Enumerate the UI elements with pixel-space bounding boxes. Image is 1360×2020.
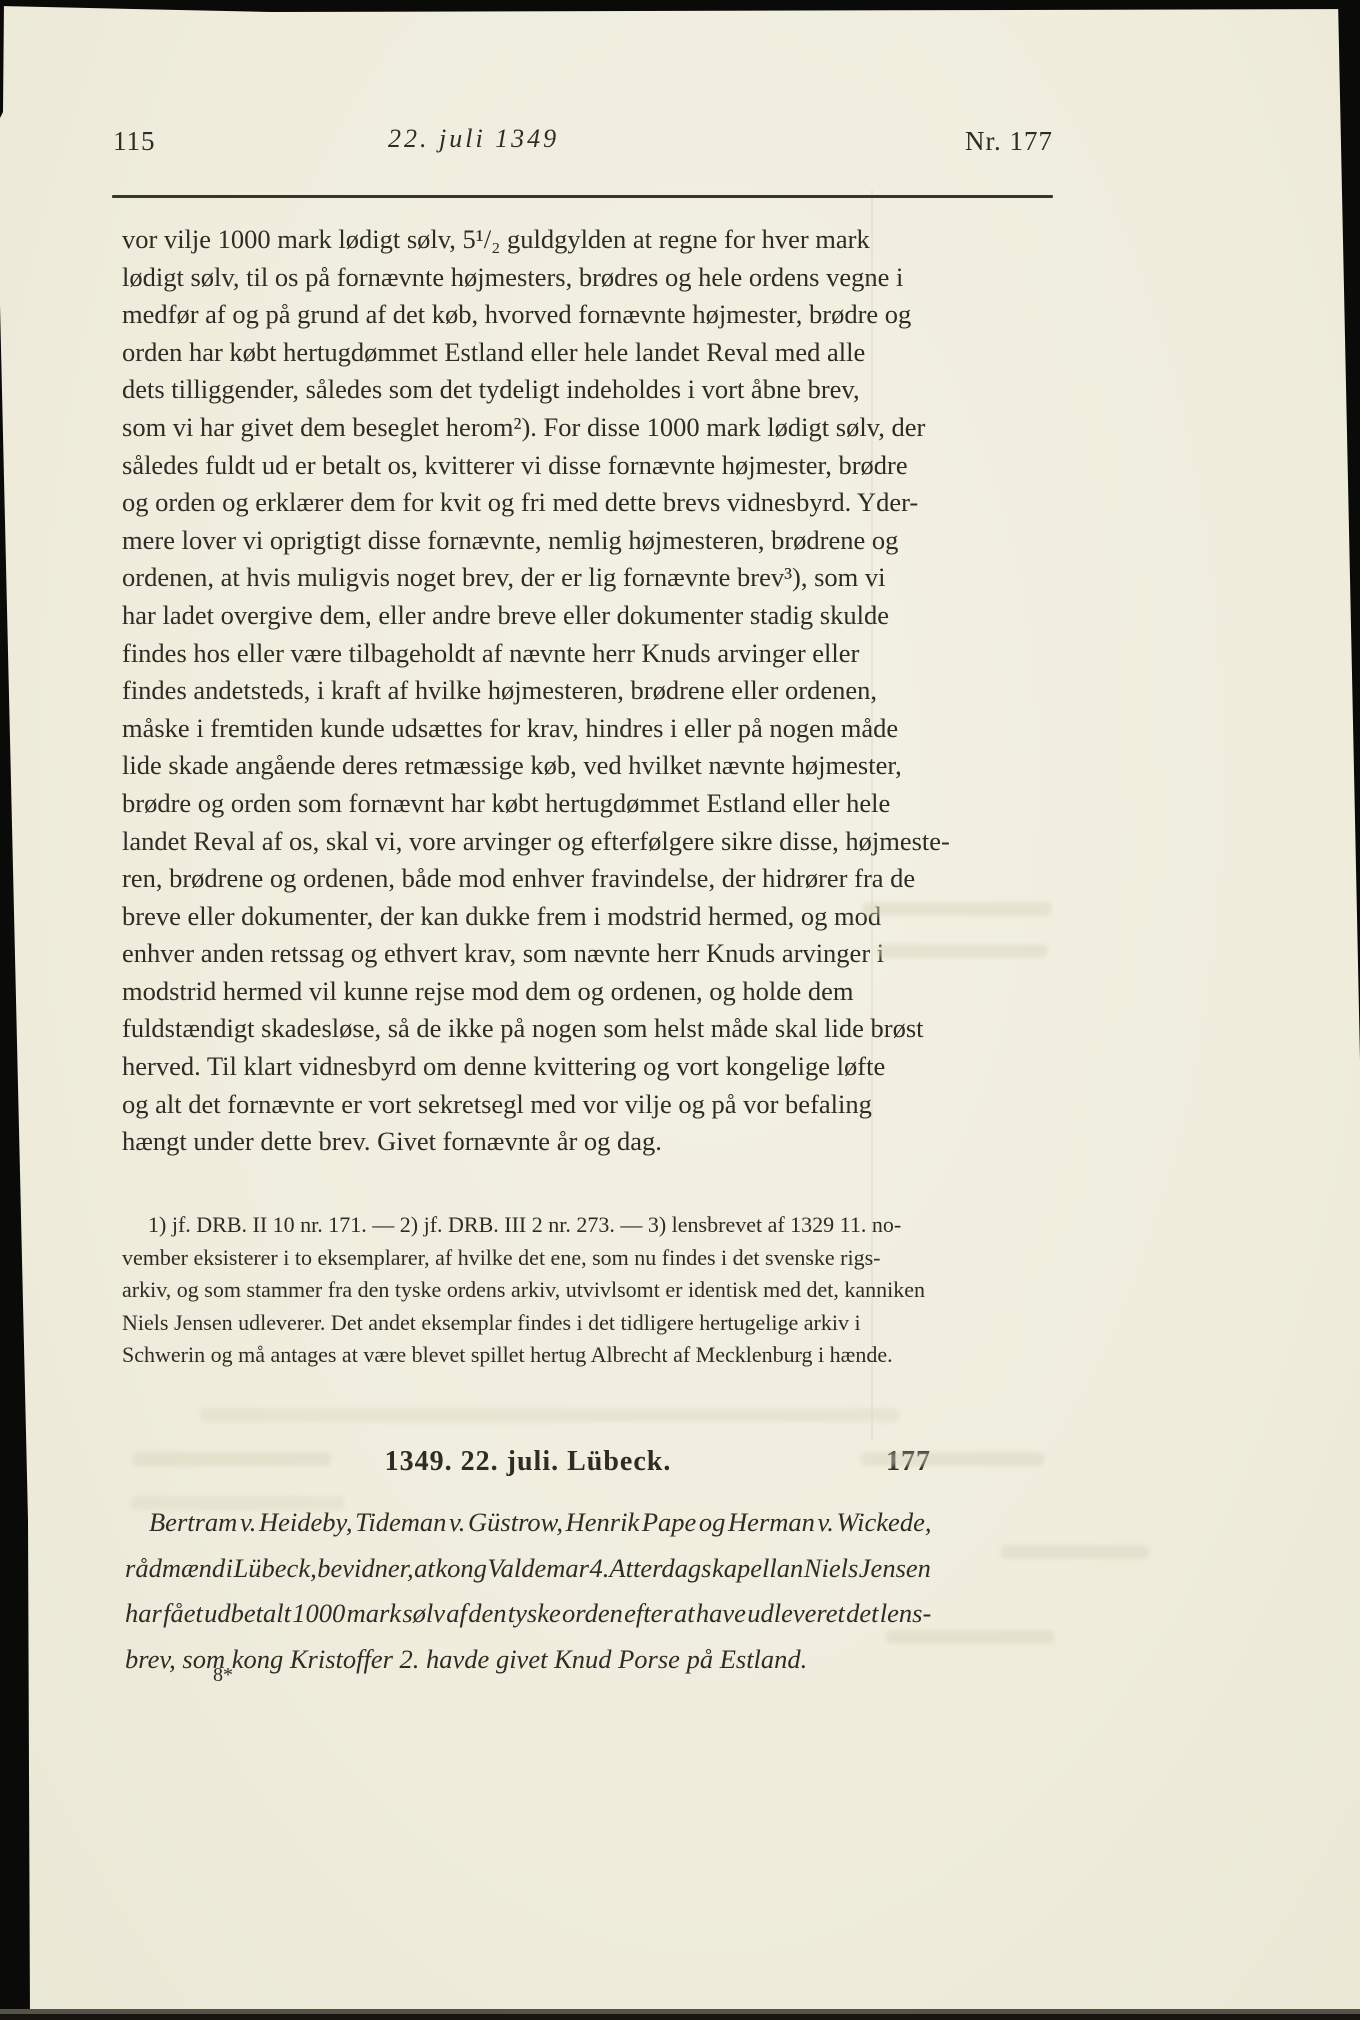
show-through-artifact xyxy=(862,902,1052,916)
text-line: brødre og orden som fornævnt har købt he… xyxy=(122,785,1055,823)
summary-line: rådmænd i Lübeck, bevidner, at kong Vald… xyxy=(125,1546,931,1592)
text-line: landet Reval af os, skal vi, vore arving… xyxy=(122,823,1055,861)
text-line: måske i fremtiden kunde udsættes for kra… xyxy=(122,710,1055,748)
summary-line: brev, som kong Kristoffer 2. havde givet… xyxy=(125,1637,931,1683)
head-rule xyxy=(112,195,1053,198)
text-line: dets tilliggender, således som det tydel… xyxy=(122,371,1055,409)
text-line: som vi har givet dem beseglet herom²). F… xyxy=(122,409,1055,447)
footnote-line: Niels Jensen udleverer. Det andet eksemp… xyxy=(122,1307,932,1340)
document-summary: Bertram v. Heideby, Tideman v. Güstrow, … xyxy=(125,1500,931,1682)
footnote-line: Schwerin og må antages at være blevet sp… xyxy=(122,1339,932,1372)
show-through-artifact xyxy=(132,1452,332,1466)
text-line: mere lover vi oprigtigt disse fornævnte,… xyxy=(122,522,1055,560)
footnote-line: 1) jf. DRB. II 10 nr. 171. — 2) jf. DRB.… xyxy=(122,1209,932,1242)
text-line: medfør af og på grund af det køb, hvorve… xyxy=(122,296,1055,334)
scanned-book-page: 115 22. juli 1349 Nr. 177 vor vilje 1000… xyxy=(0,0,1360,2020)
text-line: orden har købt hertugdømmet Estland elle… xyxy=(122,334,1055,372)
running-head-number: Nr. 177 xyxy=(860,126,1053,157)
text-line: lødigt sølv, til os på fornævnte højmest… xyxy=(122,259,1055,297)
show-through-artifact xyxy=(1000,1545,1150,1559)
text-line: har ladet overgive dem, eller andre brev… xyxy=(122,597,1055,635)
show-through-artifact xyxy=(876,944,1048,958)
text-line: modstrid hermed vil kunne rejse mod dem … xyxy=(122,973,1055,1011)
footnote-line: vember eksisterer i to eksemplarer, af h… xyxy=(122,1242,932,1275)
text-line: ren, brødrene og ordenen, både mod enhve… xyxy=(122,860,1055,898)
show-through-artifact xyxy=(860,1452,1045,1466)
text-line: findes andetsteds, i kraft af hvilke høj… xyxy=(122,672,1055,710)
show-through-artifact xyxy=(885,1630,1055,1644)
page-number: 115 xyxy=(113,126,156,157)
text-line: lide skade angående deres retmæssige køb… xyxy=(122,747,1055,785)
footnote-block: 1) jf. DRB. II 10 nr. 171. — 2) jf. DRB.… xyxy=(122,1209,932,1372)
fold-line xyxy=(871,190,873,1440)
text-line: vor vilje 1000 mark lødigt sølv, 5¹/₂ gu… xyxy=(122,221,1055,259)
text-line: således fuldt ud er betalt os, kvitterer… xyxy=(122,447,1055,485)
text-line: ordenen, at hvis muligvis noget brev, de… xyxy=(122,559,1055,597)
document-text: vor vilje 1000 mark lødigt sølv, 5¹/₂ gu… xyxy=(122,221,1055,1161)
show-through-artifact xyxy=(200,1408,900,1422)
text-line: og orden og erklærer dem for kvit og fri… xyxy=(122,484,1055,522)
text-line: og alt det fornævnte er vort sekretsegl … xyxy=(122,1086,1055,1124)
footnote-line: arkiv, og som stammer fra den tyske orde… xyxy=(122,1274,932,1307)
signature-mark: 8* xyxy=(213,1664,233,1687)
running-head-date: 22. juli 1349 xyxy=(388,124,559,154)
text-line: herved. Til klart vidnesbyrd om denne kv… xyxy=(122,1048,1055,1086)
show-through-artifact xyxy=(130,1496,345,1510)
summary-line: har fået udbetalt 1000 mark sølv af den … xyxy=(125,1591,931,1637)
text-line: findes hos eller være tilbageholdt af næ… xyxy=(122,635,1055,673)
text-line: hængt under dette brev. Givet fornævnte … xyxy=(122,1123,1055,1161)
text-line: fuldstændigt skadesløse, så de ikke på n… xyxy=(122,1010,1055,1048)
